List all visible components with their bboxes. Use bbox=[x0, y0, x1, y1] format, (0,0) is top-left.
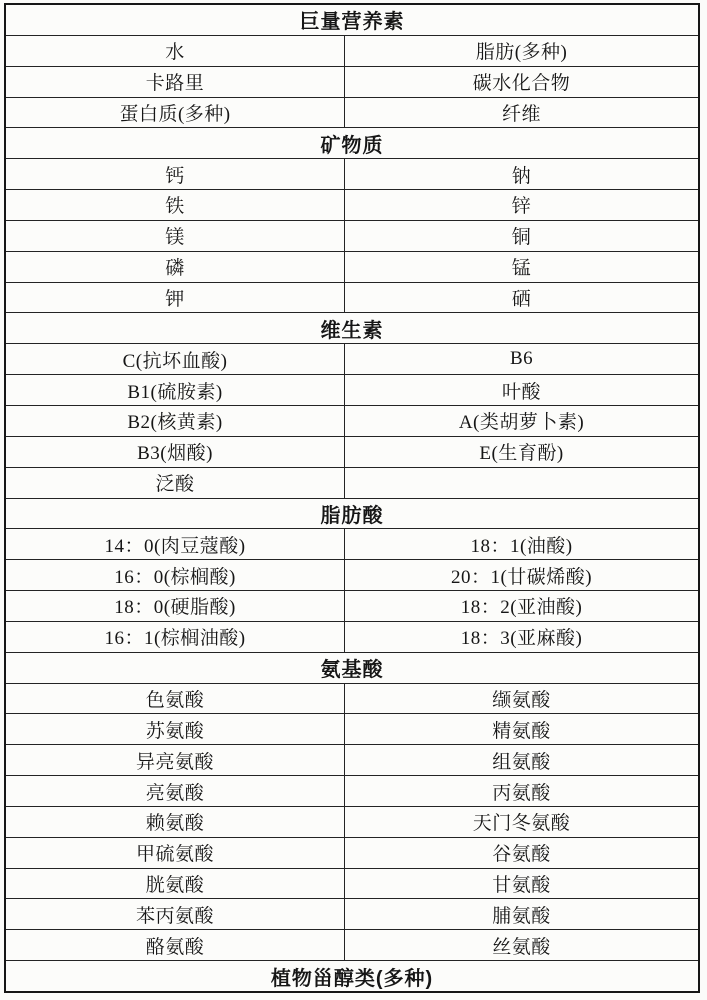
table-row: 卡路里碳水化合物 bbox=[6, 66, 698, 97]
section-header: 脂肪酸 bbox=[6, 498, 698, 529]
cell-right: 18：2(亚油酸) bbox=[345, 591, 698, 621]
cell-left: 16：0(棕榈酸) bbox=[6, 560, 345, 590]
cell-right: 碳水化合物 bbox=[345, 67, 698, 97]
cell-left: 16：1(棕榈油酸) bbox=[6, 622, 345, 652]
table-row: 异亮氨酸组氨酸 bbox=[6, 744, 698, 775]
cell-left: 铁 bbox=[6, 190, 345, 220]
cell-right: 钠 bbox=[345, 159, 698, 189]
cell-right: 组氨酸 bbox=[345, 745, 698, 775]
cell-right: 脂肪(多种) bbox=[345, 36, 698, 66]
table-row: 胱氨酸甘氨酸 bbox=[6, 868, 698, 899]
cell-left: 18：0(硬脂酸) bbox=[6, 591, 345, 621]
cell-left: 色氨酸 bbox=[6, 684, 345, 714]
cell-left: B3(烟酸) bbox=[6, 437, 345, 467]
table-row: 水脂肪(多种) bbox=[6, 35, 698, 66]
section-header: 巨量营养素 bbox=[6, 5, 698, 35]
cell-left: 卡路里 bbox=[6, 67, 345, 97]
table-row: 赖氨酸天门冬氨酸 bbox=[6, 806, 698, 837]
table-row: 苯丙氨酸脯氨酸 bbox=[6, 898, 698, 929]
cell-right: 丝氨酸 bbox=[345, 930, 698, 960]
cell-right bbox=[345, 468, 698, 498]
cell-left: 苯丙氨酸 bbox=[6, 899, 345, 929]
table-row: 亮氨酸丙氨酸 bbox=[6, 775, 698, 806]
cell-right: 叶酸 bbox=[345, 375, 698, 405]
table-row: 16：0(棕榈酸)20：1(廿碳烯酸) bbox=[6, 559, 698, 590]
section-header: 矿物质 bbox=[6, 127, 698, 158]
table-row: 钙钠 bbox=[6, 158, 698, 189]
table-row: 钾硒 bbox=[6, 282, 698, 313]
table-row: B1(硫胺素)叶酸 bbox=[6, 374, 698, 405]
cell-right: 缬氨酸 bbox=[345, 684, 698, 714]
table-row: 苏氨酸精氨酸 bbox=[6, 713, 698, 744]
table-row: C(抗坏血酸)B6 bbox=[6, 343, 698, 374]
cell-left: 赖氨酸 bbox=[6, 807, 345, 837]
table-row: 磷锰 bbox=[6, 251, 698, 282]
table-row: 16：1(棕榈油酸)18：3(亚麻酸) bbox=[6, 621, 698, 652]
cell-left: 亮氨酸 bbox=[6, 776, 345, 806]
cell-right: 纤维 bbox=[345, 98, 698, 128]
cell-left: 磷 bbox=[6, 252, 345, 282]
cell-right: A(类胡萝卜素) bbox=[345, 406, 698, 436]
table-row: 镁铜 bbox=[6, 220, 698, 251]
section-header: 维生素 bbox=[6, 312, 698, 343]
table-row: 甲硫氨酸谷氨酸 bbox=[6, 837, 698, 868]
cell-left: C(抗坏血酸) bbox=[6, 344, 345, 374]
cell-right: 锌 bbox=[345, 190, 698, 220]
cell-right: 谷氨酸 bbox=[345, 838, 698, 868]
cell-right: B6 bbox=[345, 344, 698, 374]
table-row: B2(核黄素)A(类胡萝卜素) bbox=[6, 405, 698, 436]
cell-left: B1(硫胺素) bbox=[6, 375, 345, 405]
cell-left: 酪氨酸 bbox=[6, 930, 345, 960]
cell-right: 丙氨酸 bbox=[345, 776, 698, 806]
table-row: 铁锌 bbox=[6, 189, 698, 220]
cell-left: B2(核黄素) bbox=[6, 406, 345, 436]
section-header: 氨基酸 bbox=[6, 652, 698, 683]
cell-left: 镁 bbox=[6, 221, 345, 251]
cell-left: 甲硫氨酸 bbox=[6, 838, 345, 868]
cell-left: 异亮氨酸 bbox=[6, 745, 345, 775]
cell-left: 蛋白质(多种) bbox=[6, 98, 345, 128]
table-row: 酪氨酸丝氨酸 bbox=[6, 929, 698, 960]
cell-right: 硒 bbox=[345, 283, 698, 313]
cell-left: 14：0(肉豆蔻酸) bbox=[6, 529, 345, 559]
cell-right: 脯氨酸 bbox=[345, 899, 698, 929]
cell-left: 苏氨酸 bbox=[6, 714, 345, 744]
table-row: 14：0(肉豆蔻酸)18：1(油酸) bbox=[6, 528, 698, 559]
cell-right: 天门冬氨酸 bbox=[345, 807, 698, 837]
table-footer: 植物甾醇类(多种) bbox=[6, 960, 698, 991]
cell-right: 18：3(亚麻酸) bbox=[345, 622, 698, 652]
table-row: 色氨酸缬氨酸 bbox=[6, 683, 698, 714]
table-row: B3(烟酸)E(生育酚) bbox=[6, 436, 698, 467]
cell-left: 钾 bbox=[6, 283, 345, 313]
cell-left: 水 bbox=[6, 36, 345, 66]
cell-right: 铜 bbox=[345, 221, 698, 251]
cell-right: 20：1(廿碳烯酸) bbox=[345, 560, 698, 590]
cell-right: 甘氨酸 bbox=[345, 869, 698, 899]
cell-right: 锰 bbox=[345, 252, 698, 282]
nutrition-table: 巨量营养素水脂肪(多种)卡路里碳水化合物蛋白质(多种)纤维矿物质钙钠铁锌镁铜磷锰… bbox=[4, 3, 700, 993]
table-row: 泛酸 bbox=[6, 467, 698, 498]
table-row: 18：0(硬脂酸)18：2(亚油酸) bbox=[6, 590, 698, 621]
cell-right: E(生育酚) bbox=[345, 437, 698, 467]
cell-right: 18：1(油酸) bbox=[345, 529, 698, 559]
cell-left: 胱氨酸 bbox=[6, 869, 345, 899]
cell-left: 钙 bbox=[6, 159, 345, 189]
table-row: 蛋白质(多种)纤维 bbox=[6, 97, 698, 128]
cell-right: 精氨酸 bbox=[345, 714, 698, 744]
cell-left: 泛酸 bbox=[6, 468, 345, 498]
